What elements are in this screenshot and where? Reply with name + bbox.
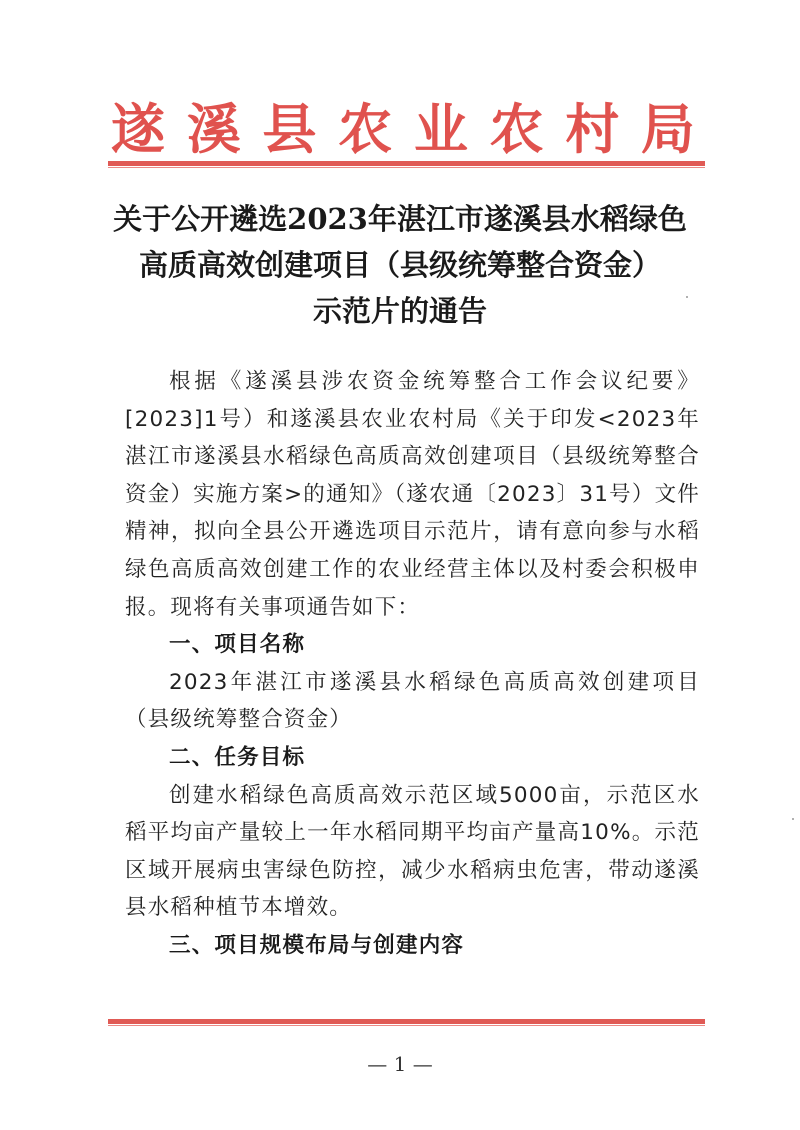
section-heading-1: 一、项目名称 (125, 626, 700, 664)
page-number: — 1 — (0, 1052, 800, 1076)
scan-speck (686, 296, 688, 298)
masthead-char: 局 (638, 87, 698, 164)
document-body: 根据《遂溪县涉农资金统筹整合工作会议纪要》[2023]1号）和遂溪县农业农村局《… (125, 363, 700, 965)
header-red-rule (108, 161, 705, 168)
masthead-char: 农 (335, 87, 395, 164)
masthead-char: 遂 (108, 87, 168, 164)
masthead-char: 农 (487, 87, 547, 164)
masthead-char: 业 (411, 87, 471, 164)
footer-red-rule (108, 1019, 705, 1026)
masthead-red-header: 遂 溪 县 农 业 农 村 局 (108, 92, 698, 158)
title-line-2: 高质高效创建项目（县级统筹整合资金） (100, 242, 700, 288)
scan-speck (792, 818, 794, 820)
section-heading-3: 三、项目规模布局与创建内容 (125, 927, 700, 965)
masthead-char: 溪 (184, 87, 244, 164)
masthead-char: 县 (259, 87, 319, 164)
title-line-3: 示范片的通告 (100, 288, 700, 334)
document-title: 关于公开遴选2023年湛江市遂溪县水稻绿色 高质高效创建项目（县级统筹整合资金）… (100, 196, 700, 334)
section-text-2: 创建水稻绿色高质高效示范区域5000亩，示范区水稻平均亩产量较上一年水稻同期平均… (125, 777, 700, 927)
section-text-1: 2023年湛江市遂溪县水稻绿色高质高效创建项目（县级统筹整合资金） (125, 664, 700, 739)
section-heading-2: 二、任务目标 (125, 739, 700, 777)
title-line-1: 关于公开遴选2023年湛江市遂溪县水稻绿色 (100, 196, 700, 242)
intro-paragraph: 根据《遂溪县涉农资金统筹整合工作会议纪要》[2023]1号）和遂溪县农业农村局《… (125, 363, 700, 626)
masthead-char: 村 (562, 87, 622, 164)
document-page: 遂 溪 县 农 业 农 村 局 关于公开遴选2023年湛江市遂溪县水稻绿色 高质… (0, 0, 800, 1130)
